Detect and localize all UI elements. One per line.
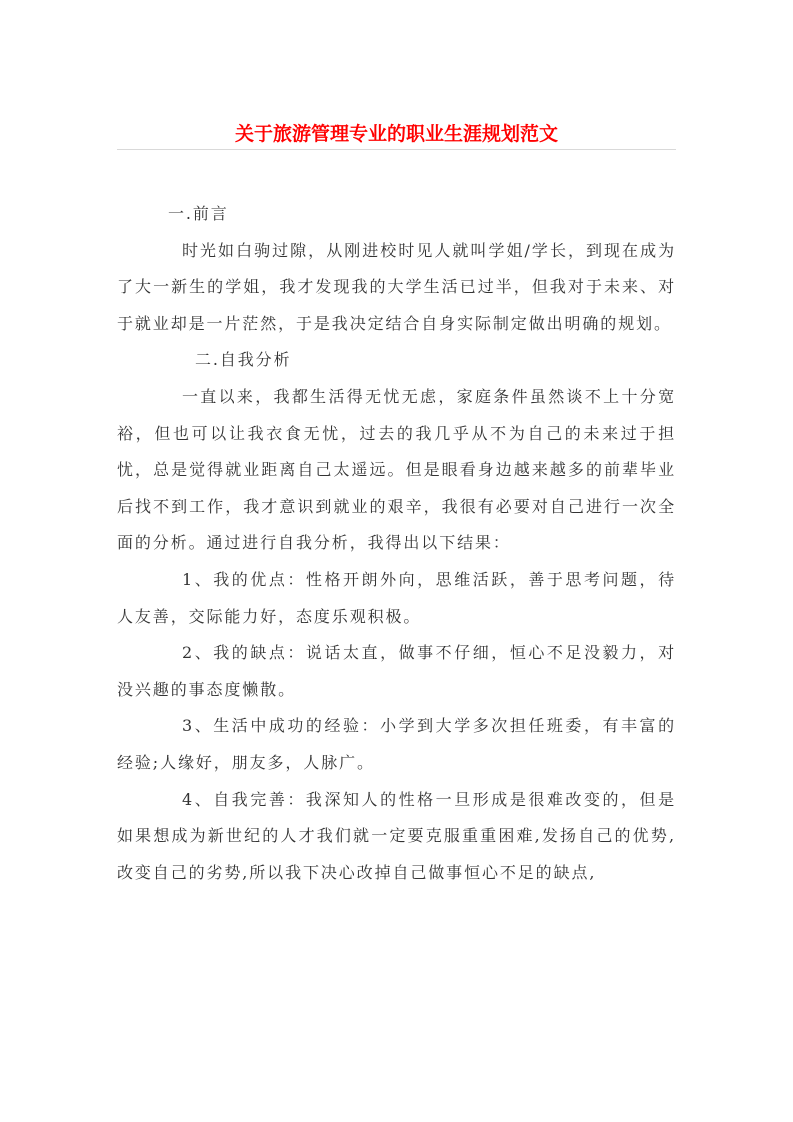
- title-divider: [117, 149, 676, 150]
- document-title: 关于旅游管理专业的职业生涯规划范文: [0, 119, 793, 146]
- success-experience-paragraph: 3、生活中成功的经验：小学到大学多次担任班委，有丰富的经验;人缘好，朋友多，人脉…: [117, 708, 676, 781]
- preface-paragraph: 时光如白驹过隙，从刚进校时见人就叫学姐/学长，到现在成为了大一新生的学姐，我才发…: [117, 233, 676, 343]
- self-improvement-paragraph: 4、自我完善：我深知人的性格一旦形成是很难改变的，但是如果想成为新世纪的人才我们…: [117, 782, 676, 892]
- self-analysis-intro-paragraph: 一直以来，我都生活得无忧无虑，家庭条件虽然谈不上十分宽裕，但也可以让我衣食无忧，…: [117, 379, 676, 562]
- section-heading-preface: 一.前言: [117, 196, 676, 233]
- weaknesses-paragraph: 2、我的缺点：说话太直，做事不仔细，恒心不足没毅力，对没兴趣的事态度懒散。: [117, 635, 676, 708]
- strengths-paragraph: 1、我的优点：性格开朗外向，思维活跃，善于思考问题，待人友善，交际能力好，态度乐…: [117, 562, 676, 635]
- section-heading-self-analysis: 二.自我分析: [117, 342, 676, 379]
- document-body: 一.前言 时光如白驹过隙，从刚进校时见人就叫学姐/学长，到现在成为了大一新生的学…: [117, 196, 676, 891]
